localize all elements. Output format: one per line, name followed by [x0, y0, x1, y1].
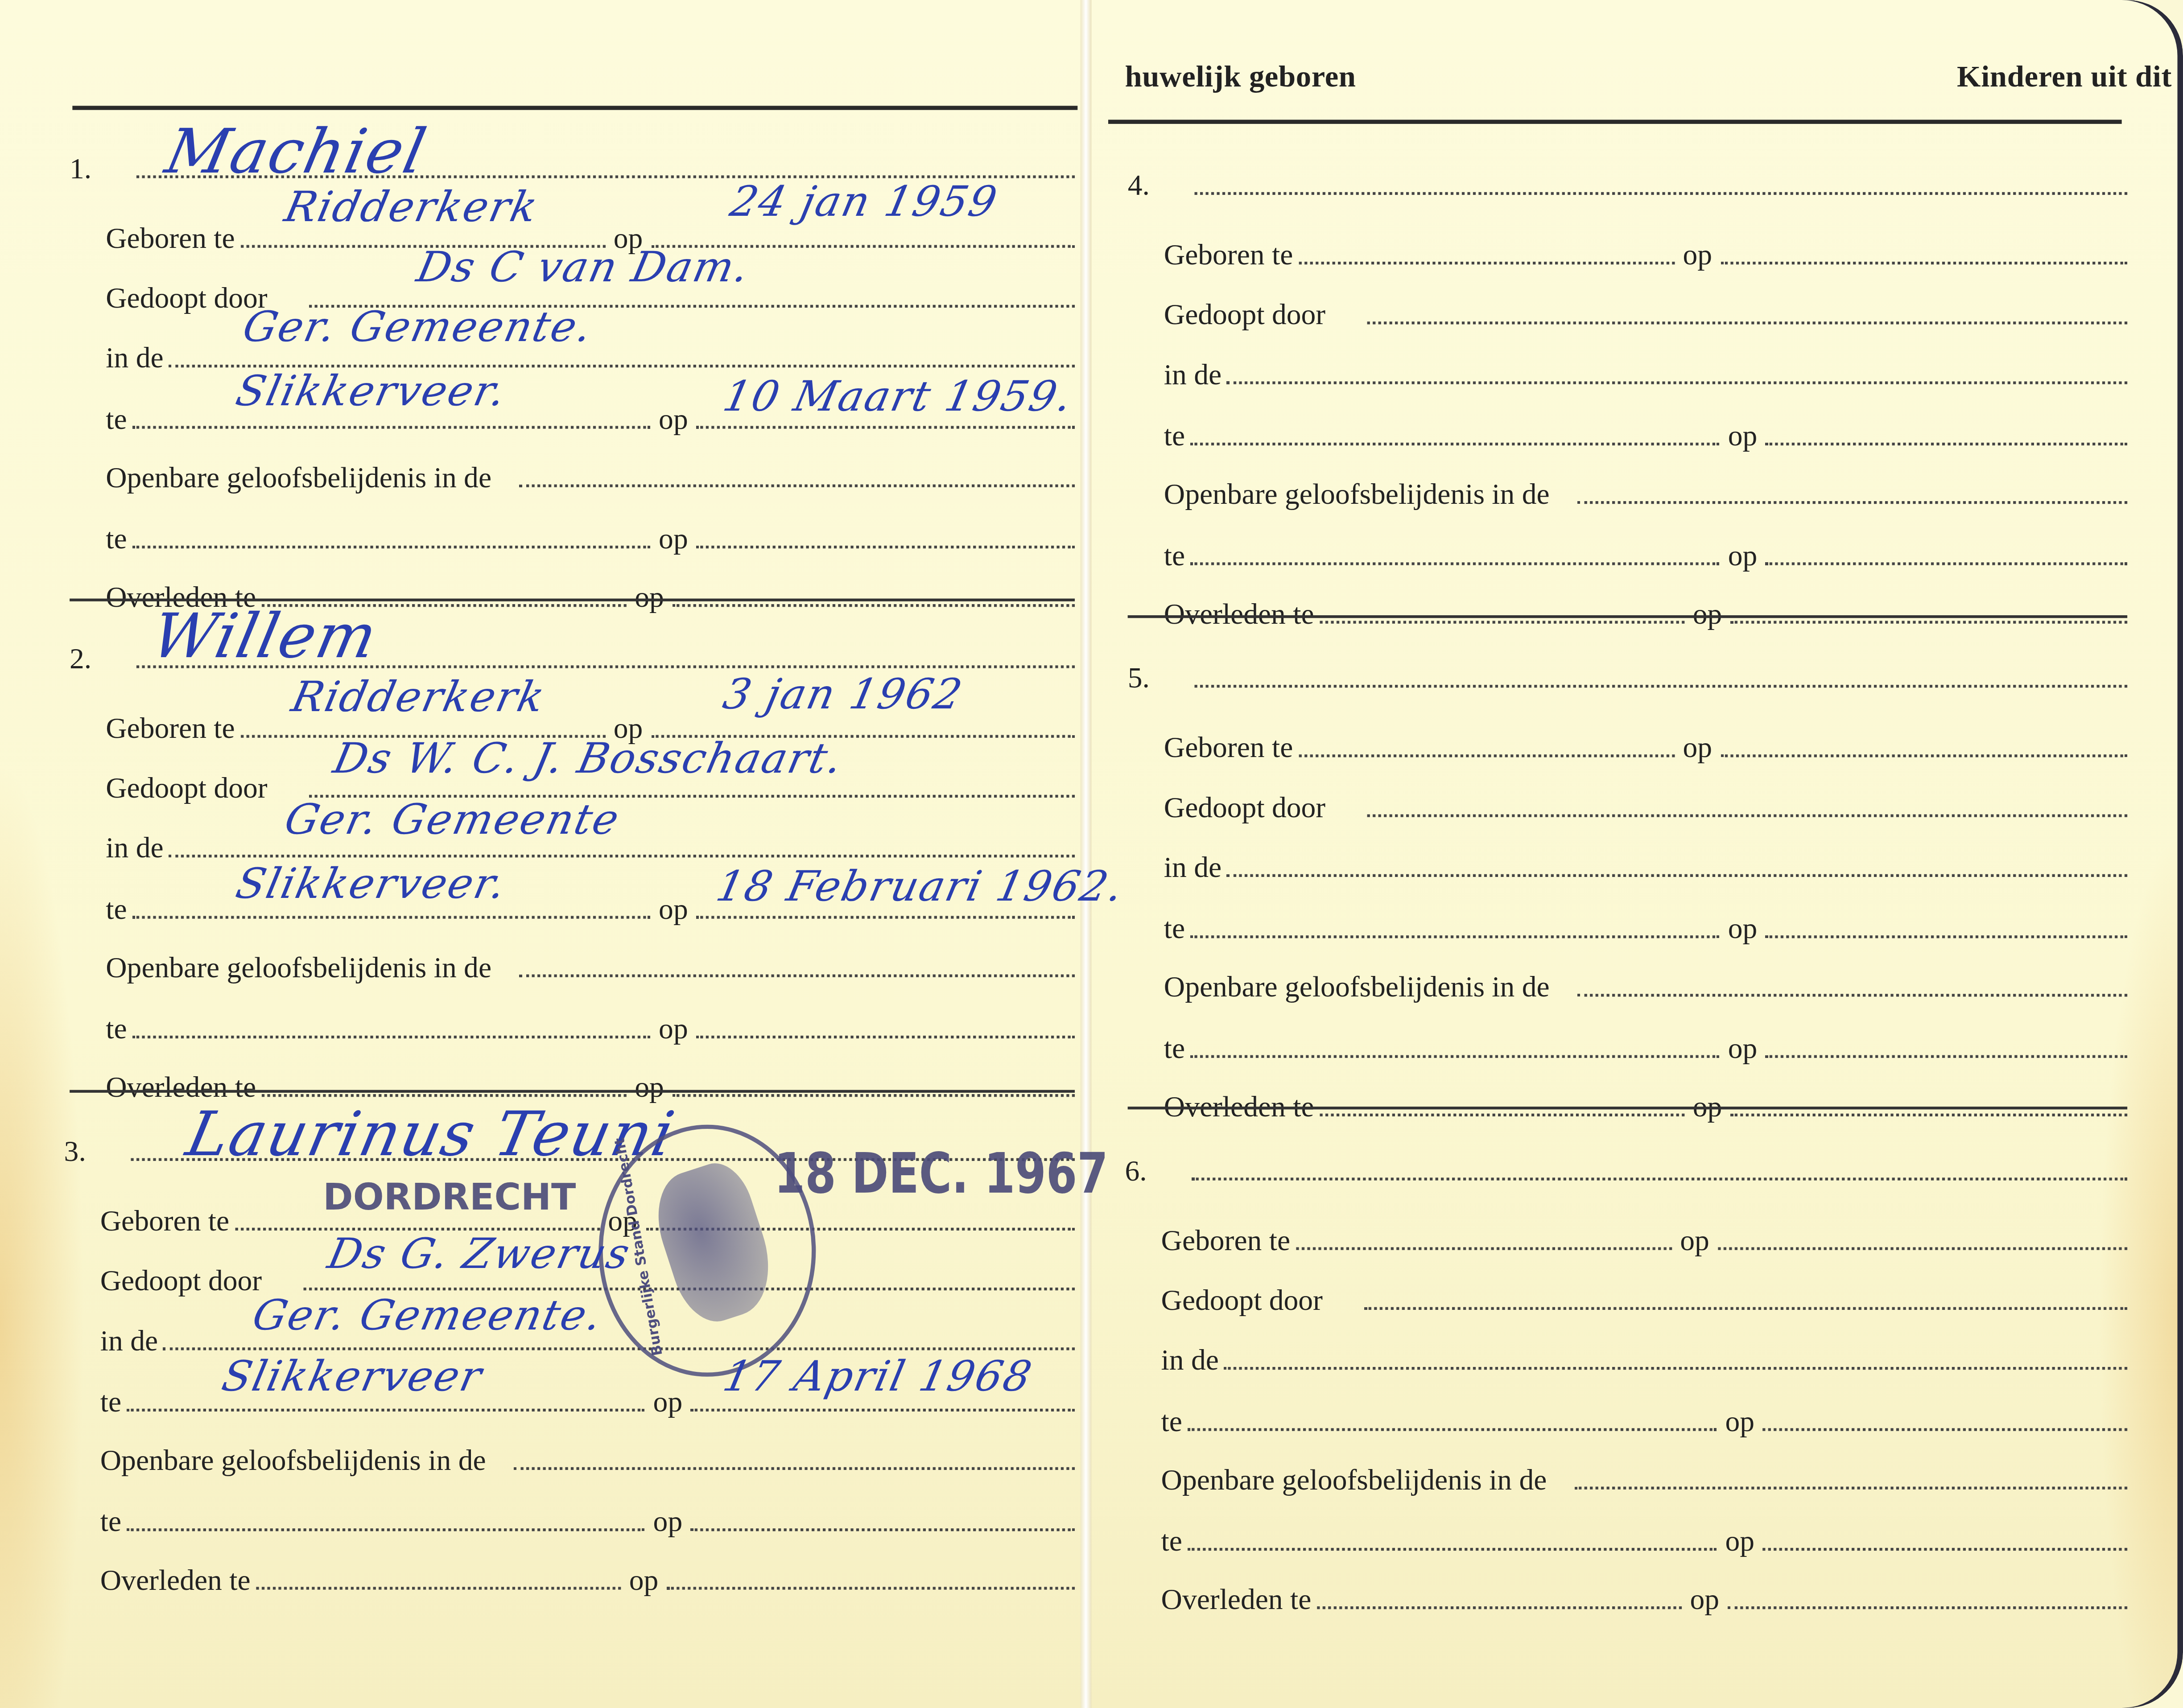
form-row: Overleden teop	[1161, 1570, 2128, 1617]
baptism-date-field[interactable]	[1763, 1428, 2127, 1431]
label-gedoopt-door: Gedoopt door	[1161, 1284, 1365, 1318]
birthdate-field[interactable]	[1721, 262, 2127, 264]
confession-church-field[interactable]	[1575, 1487, 2127, 1490]
header-rule-right	[1108, 120, 2122, 124]
label-op: op	[650, 522, 696, 557]
label-te: te	[106, 402, 132, 437]
birthplace-field[interactable]	[1296, 1247, 1672, 1250]
form-row: Gedoopt door	[1164, 285, 2127, 333]
handwritten-church: Ger. Gemeente	[280, 796, 624, 845]
confession-date-field[interactable]	[1766, 562, 2127, 565]
confession-church-field[interactable]	[514, 1467, 1075, 1470]
label-te: te	[100, 1385, 127, 1420]
baptism-place-field[interactable]	[1191, 935, 1720, 938]
label-op: op	[1682, 1583, 1728, 1617]
label-op: op	[1720, 539, 1766, 573]
baptism-place-field[interactable]	[132, 426, 650, 428]
label-gedoopt-door: Gedoopt door	[106, 771, 309, 806]
label-op: op	[650, 892, 696, 927]
form-row: in de	[1161, 1331, 2128, 1378]
label-geboren-te: Geboren te	[106, 711, 240, 746]
label-te: te	[1161, 1404, 1188, 1439]
handwritten-birthdate: 3 jan 1962	[719, 671, 967, 720]
church-field[interactable]	[169, 855, 1075, 857]
child-number: 5.	[1128, 661, 1195, 696]
handwritten-birthdate: 24 jan 1959	[726, 178, 1002, 227]
confession-date-field[interactable]	[1766, 1055, 2127, 1058]
handwritten-birthplace: Ridderkerk	[287, 674, 550, 722]
confession-church-field[interactable]	[1577, 501, 2127, 504]
handwritten-birthplace: Ridderkerk	[280, 184, 543, 232]
confession-church-field[interactable]	[519, 975, 1075, 977]
section-divider	[70, 1090, 1075, 1092]
label-in-de: in de	[100, 1324, 164, 1358]
label-op: op	[645, 1385, 691, 1420]
label-te: te	[1164, 1032, 1191, 1066]
form-row: Geboren teop	[1161, 1211, 2128, 1258]
form-row: teop	[1164, 526, 2127, 573]
label-op: op	[645, 1505, 691, 1539]
label-op: op	[626, 580, 672, 615]
handwritten-baptism-date: 17 April 1968	[719, 1353, 1037, 1402]
form-row: 6.	[1125, 1141, 2127, 1189]
death-place-field[interactable]	[1320, 1114, 1684, 1116]
label-op: op	[1675, 731, 1721, 766]
label-in-de: in de	[1164, 358, 1227, 392]
label-op: op	[1671, 1223, 1717, 1258]
form-row: Overleden teop	[1164, 584, 2127, 632]
form-row: Overleden teop	[106, 1058, 1075, 1105]
baptized-by-field[interactable]	[1367, 321, 2127, 324]
handwritten-name: Laurinus Teuni	[181, 1100, 681, 1171]
confession-date-field[interactable]	[691, 1528, 1075, 1531]
label-op: op	[650, 1012, 696, 1047]
handwritten-baptism-place: Slikkerveer.	[231, 367, 511, 416]
label-op: op	[1675, 238, 1721, 273]
form-row: Gedoopt door	[1161, 1271, 2128, 1318]
form-row: teop	[100, 1492, 1075, 1539]
church-field[interactable]	[1224, 1367, 2127, 1370]
label-te: te	[1161, 1524, 1188, 1559]
label-in-de: in de	[1161, 1343, 1225, 1378]
label-op: op	[1720, 912, 1766, 947]
church-field[interactable]	[164, 1347, 1075, 1350]
baptism-place-field[interactable]	[1191, 443, 1720, 445]
confession-church-field[interactable]	[1577, 994, 2127, 996]
label-geboren-te: Geboren te	[106, 221, 240, 256]
confession-church-field[interactable]	[519, 485, 1075, 487]
handwritten-name: Machiel	[160, 117, 433, 188]
confession-date-field[interactable]	[1763, 1548, 2127, 1551]
child-number: 1.	[70, 152, 136, 186]
baptism-place-field[interactable]	[127, 1409, 645, 1412]
header-rule-left	[72, 106, 1077, 110]
handwritten-name: Willem	[145, 601, 384, 672]
heading-left: Kinderen uit dit	[1957, 58, 2172, 95]
handwritten-baptism-date: 18 Februari 1962.	[712, 863, 1128, 912]
label-belijdenis: Openbare geloofsbelijdenis in de	[1164, 970, 1577, 1005]
label-gedoopt-door: Gedoopt door	[1164, 298, 1367, 333]
section-divider	[70, 599, 1075, 601]
baptism-date-field[interactable]	[696, 916, 1075, 918]
baptism-date-field[interactable]	[1766, 443, 2127, 445]
handwritten-church: Ger. Gemeente.	[248, 1292, 607, 1340]
label-geboren-te: Geboren te	[1161, 1223, 1296, 1258]
death-date-field[interactable]	[1730, 1114, 2127, 1116]
label-in-de: in de	[106, 341, 169, 376]
confession-place-field[interactable]	[127, 1528, 645, 1531]
form-row: in de	[1164, 345, 2127, 392]
name-field[interactable]	[1195, 192, 2128, 195]
heading-right: huwelijk geboren	[1125, 58, 1356, 95]
death-place-field[interactable]	[1320, 621, 1684, 624]
form-row: teop	[1161, 1392, 2128, 1439]
label-te: te	[1164, 539, 1191, 573]
baptized-by-field[interactable]	[1365, 1307, 2128, 1310]
label-op: op	[1684, 597, 1730, 632]
label-gedoopt-door: Gedoopt door	[1164, 790, 1367, 825]
confession-place-field[interactable]	[132, 546, 650, 548]
confession-date-field[interactable]	[696, 546, 1075, 548]
form-row: Overleden teop	[100, 1551, 1075, 1598]
baptism-place-field[interactable]	[1188, 1428, 1717, 1431]
label-te: te	[106, 522, 132, 557]
handwritten-minister: Ds W. C. J. Bosschaart.	[329, 735, 848, 784]
label-overleden-te: Overleden te	[1161, 1583, 1317, 1617]
form-row: Overleden teop	[1164, 1078, 2127, 1125]
label-op: op	[1717, 1524, 1763, 1559]
label-op: op	[1720, 419, 1766, 454]
death-date-field[interactable]	[667, 1587, 1075, 1589]
label-belijdenis: Openbare geloofsbelijdenis in de	[106, 951, 519, 985]
booklet-spread: Kinderen uit dit huwelijk geboren 1.Gebo…	[0, 0, 2183, 1708]
label-geboren-te: Geboren te	[100, 1204, 235, 1239]
label-geboren-te: Geboren te	[1164, 238, 1299, 273]
handwritten-minister: Ds G. Zwerus	[323, 1231, 635, 1279]
handwritten-baptism-place: Slikkerveer.	[231, 860, 511, 909]
form-row: 4.	[1128, 156, 2127, 203]
confession-place-field[interactable]	[1191, 562, 1720, 565]
label-belijdenis: Openbare geloofsbelijdenis in de	[1164, 477, 1577, 512]
handwritten-minister: Ds C van Dam.	[413, 243, 755, 292]
section-divider	[1128, 1107, 2127, 1109]
baptism-date-field[interactable]	[696, 426, 1075, 428]
form-row: teop	[106, 510, 1075, 557]
birthplace-field[interactable]	[1299, 754, 1675, 757]
form-row: Openbare geloofsbelijdenis in de	[1164, 958, 2127, 1005]
death-place-field[interactable]	[256, 1587, 621, 1589]
confession-date-field[interactable]	[696, 1036, 1075, 1038]
baptism-date-field[interactable]	[691, 1409, 1075, 1412]
handwritten-baptism-date: 10 Maart 1959.	[719, 373, 1077, 422]
form-row: teop	[1161, 1512, 2128, 1559]
death-place-field[interactable]	[1317, 1606, 1682, 1609]
church-field[interactable]	[1227, 381, 2128, 384]
death-date-field[interactable]	[672, 1094, 1075, 1097]
label-op: op	[621, 1563, 667, 1598]
form-row: 5.	[1128, 649, 2127, 696]
label-te: te	[1164, 912, 1191, 947]
confession-place-field[interactable]	[132, 1036, 650, 1038]
label-te: te	[100, 1505, 127, 1539]
stamped-birthdate: 18 DEC. 1967	[774, 1140, 1108, 1206]
form-row: teop	[106, 1000, 1075, 1047]
section-divider	[1128, 615, 2127, 617]
form-row: teop	[1164, 407, 2127, 454]
confession-place-field[interactable]	[1188, 1548, 1717, 1551]
label-te: te	[1164, 419, 1191, 454]
label-te: te	[106, 892, 132, 927]
label-belijdenis: Openbare geloofsbelijdenis in de	[100, 1444, 514, 1478]
form-row: Geboren teop	[1164, 226, 2127, 273]
label-geboren-te: Geboren te	[1164, 731, 1299, 766]
form-row: Openbare geloofsbelijdenis in de	[1161, 1450, 2128, 1498]
birthdate-field[interactable]	[1717, 1247, 2127, 1250]
spine-gutter	[1081, 0, 1092, 1708]
child-number: 3.	[64, 1135, 131, 1169]
form-row: in de	[1164, 838, 2127, 885]
label-te: te	[106, 1012, 132, 1047]
form-row: Openbare geloofsbelijdenis in de	[106, 448, 1075, 495]
baptized-by-field[interactable]	[1367, 814, 2127, 817]
name-field[interactable]	[1195, 685, 2128, 687]
label-overleden-te: Overleden te	[100, 1563, 256, 1598]
label-belijdenis: Openbare geloofsbelijdenis in de	[106, 461, 519, 495]
baptism-date-field[interactable]	[1766, 935, 2127, 938]
form-row: teop	[1164, 1019, 2127, 1066]
confession-place-field[interactable]	[1191, 1055, 1720, 1058]
label-overleden-te: Overleden te	[1164, 597, 1320, 632]
form-row: Openbare geloofsbelijdenis in de	[1164, 465, 2127, 512]
label-in-de: in de	[106, 831, 169, 866]
form-row: teop	[1164, 899, 2127, 947]
death-date-field[interactable]	[1728, 1606, 2127, 1609]
label-op: op	[1717, 1404, 1763, 1439]
death-date-field[interactable]	[672, 604, 1075, 607]
child-number: 4.	[1128, 169, 1195, 203]
handwritten-baptism-place: Slikkerveer	[218, 1353, 487, 1402]
name-field[interactable]	[1192, 1177, 2127, 1180]
form-row: Openbare geloofsbelijdenis in de	[100, 1431, 1075, 1478]
birthdate-field[interactable]	[1721, 754, 2127, 757]
baptism-place-field[interactable]	[132, 916, 650, 918]
label-in-de: in de	[1164, 851, 1227, 885]
birthplace-field[interactable]	[1299, 262, 1675, 264]
form-row: Geboren teop	[1164, 718, 2127, 766]
label-belijdenis: Openbare geloofsbelijdenis in de	[1161, 1463, 1575, 1498]
child-number: 6.	[1125, 1154, 1192, 1189]
church-field[interactable]	[1227, 874, 2128, 877]
stamped-birthplace: DORDRECHT	[323, 1177, 576, 1219]
death-date-field[interactable]	[1730, 621, 2127, 624]
label-op: op	[1720, 1032, 1766, 1066]
label-op: op	[650, 402, 696, 437]
death-place-field[interactable]	[262, 1094, 627, 1097]
handwritten-church: Ger. Gemeente.	[239, 304, 597, 352]
form-row: Gedoopt door	[1164, 778, 2127, 825]
child-number: 2.	[70, 642, 136, 676]
form-row: Openbare geloofsbelijdenis in de	[106, 938, 1075, 985]
